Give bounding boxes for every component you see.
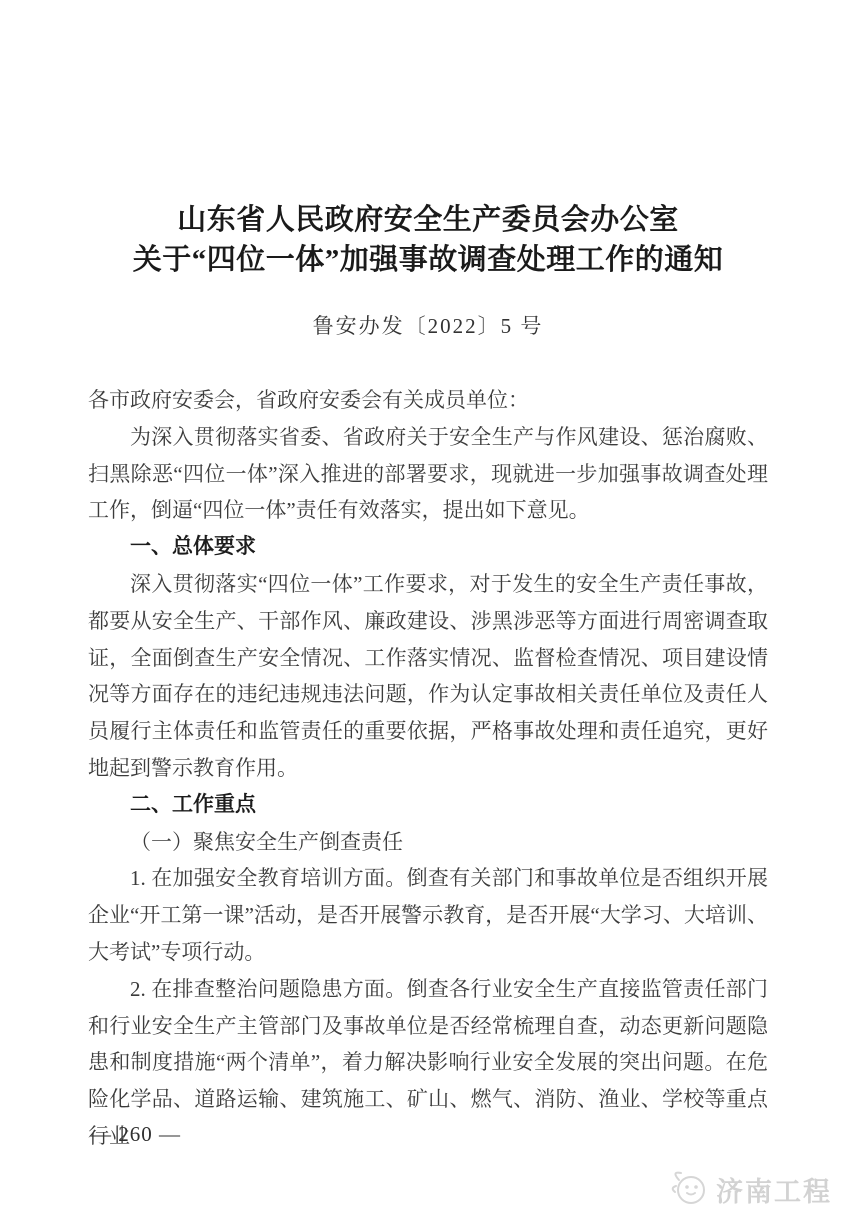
general-requirements-paragraph: 深入贯彻落实“四位一体”工作要求，对于发生的安全生产责任事故，都要从安全生产、干…	[88, 566, 768, 787]
watermark-text: 济南工程	[716, 1170, 832, 1209]
item-2-paragraph: 2. 在排查整治问题隐患方面。倒查各行业安全生产直接监管责任部门和行业安全生产主…	[88, 971, 768, 1155]
document-body: 各市政府安委会，省政府安委会有关成员单位： 为深入贯彻落实省委、省政府关于安全生…	[88, 382, 768, 1155]
intro-paragraph: 为深入贯彻落实省委、省政府关于安全生产与作风建设、惩治腐败、扫黑除恶“四位一体”…	[88, 419, 768, 529]
page-number: — 260 —	[90, 1122, 181, 1147]
document-number: 鲁安办发〔2022〕5 号	[88, 310, 768, 340]
salutation-line: 各市政府安委会，省政府安委会有关成员单位：	[88, 382, 768, 419]
item-1-paragraph: 1. 在加强安全教育培训方面。倒查有关部门和事故单位是否组织开展企业“开工第一课…	[88, 860, 768, 970]
document-title-line-1: 山东省人民政府安全生产委员会办公室	[88, 200, 768, 240]
subsection-heading-safety-production: （一）聚焦安全生产倒查责任	[88, 824, 768, 861]
section-heading-general-requirements: 一、总体要求	[88, 529, 768, 566]
document-title: 山东省人民政府安全生产委员会办公室 关于“四位一体”加强事故调查处理工作的通知	[88, 200, 768, 280]
document-title-line-2: 关于“四位一体”加强事故调查处理工作的通知	[88, 240, 768, 280]
document-page: 山东省人民政府安全生产委员会办公室 关于“四位一体”加强事故调查处理工作的通知 …	[0, 0, 856, 1225]
watermark: 济南工程	[664, 1166, 832, 1213]
mascot-logo-icon	[664, 1166, 710, 1213]
section-heading-work-priorities: 二、工作重点	[88, 787, 768, 824]
